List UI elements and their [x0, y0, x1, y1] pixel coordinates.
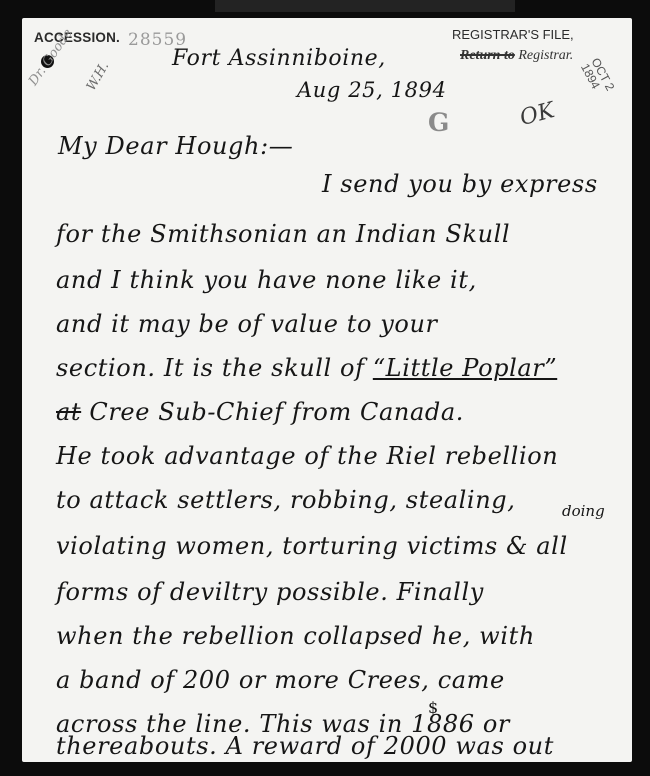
accession-stamp: ACCESSION.: [34, 30, 120, 45]
letter-line: at Cree Sub-Chief from Canada.: [56, 398, 464, 426]
letter-line: a band of 200 or more Crees, came: [56, 666, 505, 694]
letter-place: Fort Assinniboine,: [172, 46, 386, 71]
g-stamp-mark: G: [428, 108, 449, 137]
reward-amount: 2000 was out: [384, 732, 554, 760]
inserted-word: doing: [562, 502, 605, 520]
letter-line-text: section. It is the skull of: [56, 354, 373, 382]
registrar-file-stamp: REGISTRAR'S FILE,: [452, 27, 574, 42]
letter-line: thereabouts. A reward of 2000 was out: [56, 732, 554, 760]
quoted-name: “Little Poplar”: [373, 354, 557, 382]
scan-edge-shadow: [215, 0, 515, 12]
letter-line: section. It is the skull of “Little Popl…: [56, 354, 557, 382]
registrar-return-line: Return to Registrar.: [460, 48, 573, 64]
letter-line: for the Smithsonian an Indian Skull: [56, 220, 510, 248]
letter-line: and I think you have none like it,: [56, 266, 477, 294]
letter-line: violating women, torturing victims & all: [56, 532, 568, 560]
pencil-annotation-initials: W.H.: [84, 59, 112, 93]
letter-line-text: Cree Sub-Chief from Canada.: [81, 398, 464, 426]
letter-line: and it may be of value to your: [56, 310, 438, 338]
letter-date: Aug 25, 1894: [297, 78, 447, 102]
letter-line: forms of deviltry possible. Finally: [56, 578, 484, 606]
registrar-struck-text: Return to: [460, 48, 515, 63]
letter-line: I send you by express: [322, 170, 598, 198]
received-date-stamp: OCT 2 1894: [579, 56, 628, 120]
letter-line-text: thereabouts. A reward of: [56, 732, 384, 760]
dollar-sign-mark: $: [428, 698, 438, 717]
struck-word: at: [56, 398, 81, 426]
letter-line: to attack settlers, robbing, stealing,: [56, 486, 515, 514]
letter-salutation: My Dear Hough:—: [58, 132, 293, 160]
ok-check-mark: OK: [517, 98, 557, 131]
registrar-text: Registrar.: [518, 48, 573, 63]
letter-page: ACCESSION. 28559 REGISTRAR'S FILE, Retur…: [22, 18, 632, 762]
letter-line: when the rebellion collapsed he, with: [56, 622, 535, 650]
letter-line: He took advantage of the Riel rebellion: [56, 442, 558, 470]
